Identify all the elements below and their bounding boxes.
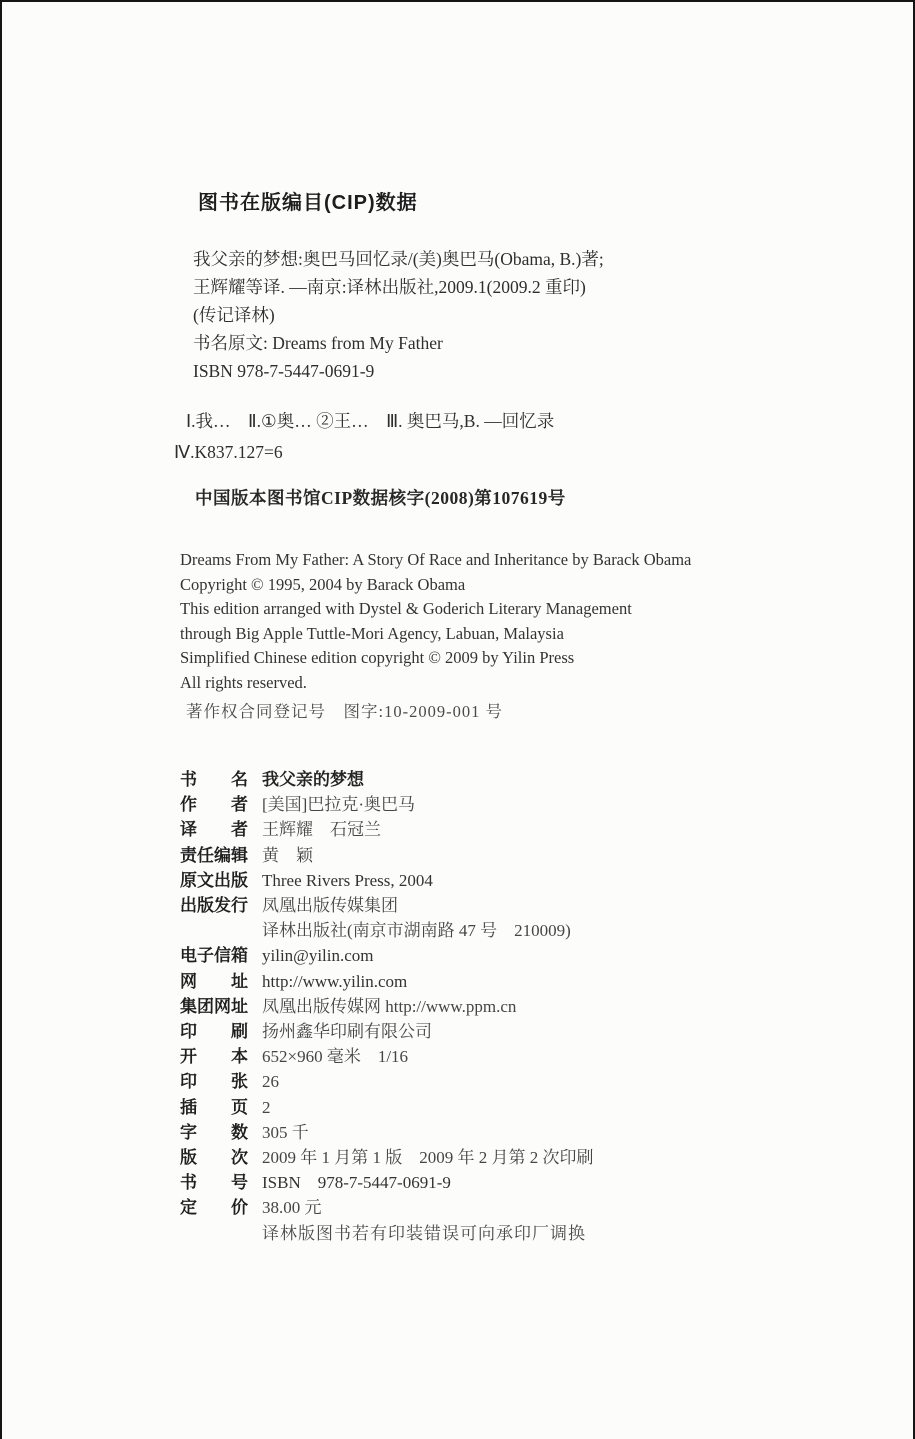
colophon-row-edition: 版 次 2009 年 1 月第 1 版 2009 年 2 月第 2 次印刷: [180, 1145, 780, 1170]
colophon-label: [180, 1221, 252, 1246]
colophon-value: http://www.yilin.com: [262, 969, 407, 994]
colophon-row-format: 开 本 652×960 毫米 1/16: [180, 1044, 780, 1069]
colophon-value: 凤凰出版传媒集团: [262, 893, 398, 918]
colophon-table: 书 名 我父亲的梦想 作 者 [美国]巴拉克·奥巴马 译 者 王辉耀 石冠兰 责…: [180, 767, 780, 1246]
colophon-label: 译 者: [180, 817, 252, 842]
cip-registration-line: 中国版本图书馆CIP数据核字(2008)第107619号: [195, 485, 566, 510]
colophon-value: 305 千: [262, 1120, 309, 1145]
copyright-line: All rights reserved.: [180, 671, 760, 696]
colophon-row-website: 网 址 http://www.yilin.com: [180, 969, 780, 994]
colophon-label: 责任编辑: [180, 843, 252, 868]
cip-line: 书名原文: Dreams from My Father: [193, 329, 753, 357]
colophon-value: [美国]巴拉克·奥巴马: [262, 792, 415, 817]
colophon-row-group-website: 集团网址 凤凰出版传媒网 http://www.ppm.cn: [180, 994, 780, 1019]
colophon-value: 凤凰出版传媒网 http://www.ppm.cn: [262, 994, 516, 1019]
cip-line: (传记译林): [193, 301, 753, 329]
colophon-row-email: 电子信箱 yilin@yilin.com: [180, 943, 780, 968]
colophon-value: yilin@yilin.com: [262, 943, 374, 968]
colophon-label: 书 号: [180, 1170, 252, 1195]
colophon-label: 网 址: [180, 969, 252, 994]
colophon-label: 印 刷: [180, 1019, 252, 1044]
copyright-block: Dreams From My Father: A Story Of Race a…: [180, 548, 760, 696]
colophon-value: 38.00 元: [262, 1195, 322, 1220]
colophon-row-inserts: 插 页 2: [180, 1095, 780, 1120]
cip-classification-block: Ⅰ.我… Ⅱ.①奥… ②王… Ⅲ. 奥巴马,B. —回忆录 Ⅳ.K837.127…: [174, 406, 734, 468]
colophon-label: 书 名: [180, 767, 252, 792]
colophon-label: 原文出版: [180, 868, 252, 893]
colophon-value: Three Rivers Press, 2004: [262, 868, 433, 893]
colophon-value: 王辉耀 石冠兰: [262, 817, 381, 842]
colophon-label: 印 张: [180, 1069, 252, 1094]
colophon-row-title: 书 名 我父亲的梦想: [180, 767, 780, 792]
colophon-row-publisher-address: 译林出版社(南京市湖南路 47 号 210009): [180, 918, 780, 943]
classification-line: Ⅰ.我… Ⅱ.①奥… ②王… Ⅲ. 奥巴马,B. —回忆录: [174, 406, 734, 437]
cip-line: 王辉耀等译. —南京:译林出版社,2009.1(2009.2 重印): [193, 273, 753, 301]
cip-line: ISBN 978-7-5447-0691-9: [193, 357, 753, 385]
colophon-label: [180, 918, 252, 943]
colophon-value: 26: [262, 1069, 279, 1094]
colophon-row-word-count: 字 数 305 千: [180, 1120, 780, 1145]
colophon-row-author: 作 者 [美国]巴拉克·奥巴马: [180, 792, 780, 817]
colophon-label: 定 价: [180, 1195, 252, 1220]
colophon-row-translator: 译 者 王辉耀 石冠兰: [180, 817, 780, 842]
copyright-line: Simplified Chinese edition copyright © 2…: [180, 646, 760, 671]
colophon-label: 插 页: [180, 1095, 252, 1120]
colophon-value: 扬州鑫华印刷有限公司: [262, 1019, 432, 1044]
colophon-label: 出版发行: [180, 893, 252, 918]
colophon-value: 652×960 毫米 1/16: [262, 1044, 408, 1069]
colophon-value: 译林出版社(南京市湖南路 47 号 210009): [262, 918, 571, 943]
colophon-label: 作 者: [180, 792, 252, 817]
colophon-value: 黄 颖: [262, 843, 313, 868]
copyright-page: 图书在版编目(CIP)数据 我父亲的梦想:奥巴马回忆录/(美)奥巴马(Obama…: [0, 0, 915, 1439]
colophon-value: 译林版图书若有印装错误可向承印厂调换: [262, 1221, 586, 1246]
colophon-label: 字 数: [180, 1120, 252, 1145]
colophon-value: 2009 年 1 月第 1 版 2009 年 2 月第 2 次印刷: [262, 1145, 594, 1170]
colophon-row-publisher: 出版发行 凤凰出版传媒集团: [180, 893, 780, 918]
copyright-line: Dreams From My Father: A Story Of Race a…: [180, 548, 760, 573]
cip-data-heading: 图书在版编目(CIP)数据: [198, 186, 418, 215]
colophon-label: 电子信箱: [180, 943, 252, 968]
colophon-label: 集团网址: [180, 994, 252, 1019]
colophon-row-original-publisher: 原文出版 Three Rivers Press, 2004: [180, 868, 780, 893]
copyright-line: This edition arranged with Dystel & Gode…: [180, 597, 760, 622]
colophon-value: 2: [262, 1095, 271, 1120]
colophon-value: 我父亲的梦想: [262, 767, 364, 792]
colophon-row-sheets: 印 张 26: [180, 1069, 780, 1094]
colophon-row-printer: 印 刷 扬州鑫华印刷有限公司: [180, 1019, 780, 1044]
colophon-row-price: 定 价 38.00 元: [180, 1195, 780, 1220]
copyright-line: through Big Apple Tuttle-Mori Agency, La…: [180, 622, 760, 647]
contract-registration-line: 著作权合同登记号 图字:10-2009-001 号: [186, 698, 503, 722]
colophon-label: 开 本: [180, 1044, 252, 1069]
copyright-line: Copyright © 1995, 2004 by Barack Obama: [180, 573, 760, 598]
classification-line: Ⅳ.K837.127=6: [174, 437, 734, 468]
colophon-row-isbn: 书 号 ISBN 978-7-5447-0691-9: [180, 1170, 780, 1195]
colophon-value: ISBN 978-7-5447-0691-9: [262, 1170, 451, 1195]
colophon-label: 版 次: [180, 1145, 252, 1170]
cip-record-block: 我父亲的梦想:奥巴马回忆录/(美)奥巴马(Obama, B.)著; 王辉耀等译.…: [193, 245, 753, 385]
colophon-row-exchange-note: 译林版图书若有印装错误可向承印厂调换: [180, 1221, 780, 1246]
colophon-row-editor: 责任编辑 黄 颖: [180, 843, 780, 868]
cip-line: 我父亲的梦想:奥巴马回忆录/(美)奥巴马(Obama, B.)著;: [193, 245, 753, 273]
